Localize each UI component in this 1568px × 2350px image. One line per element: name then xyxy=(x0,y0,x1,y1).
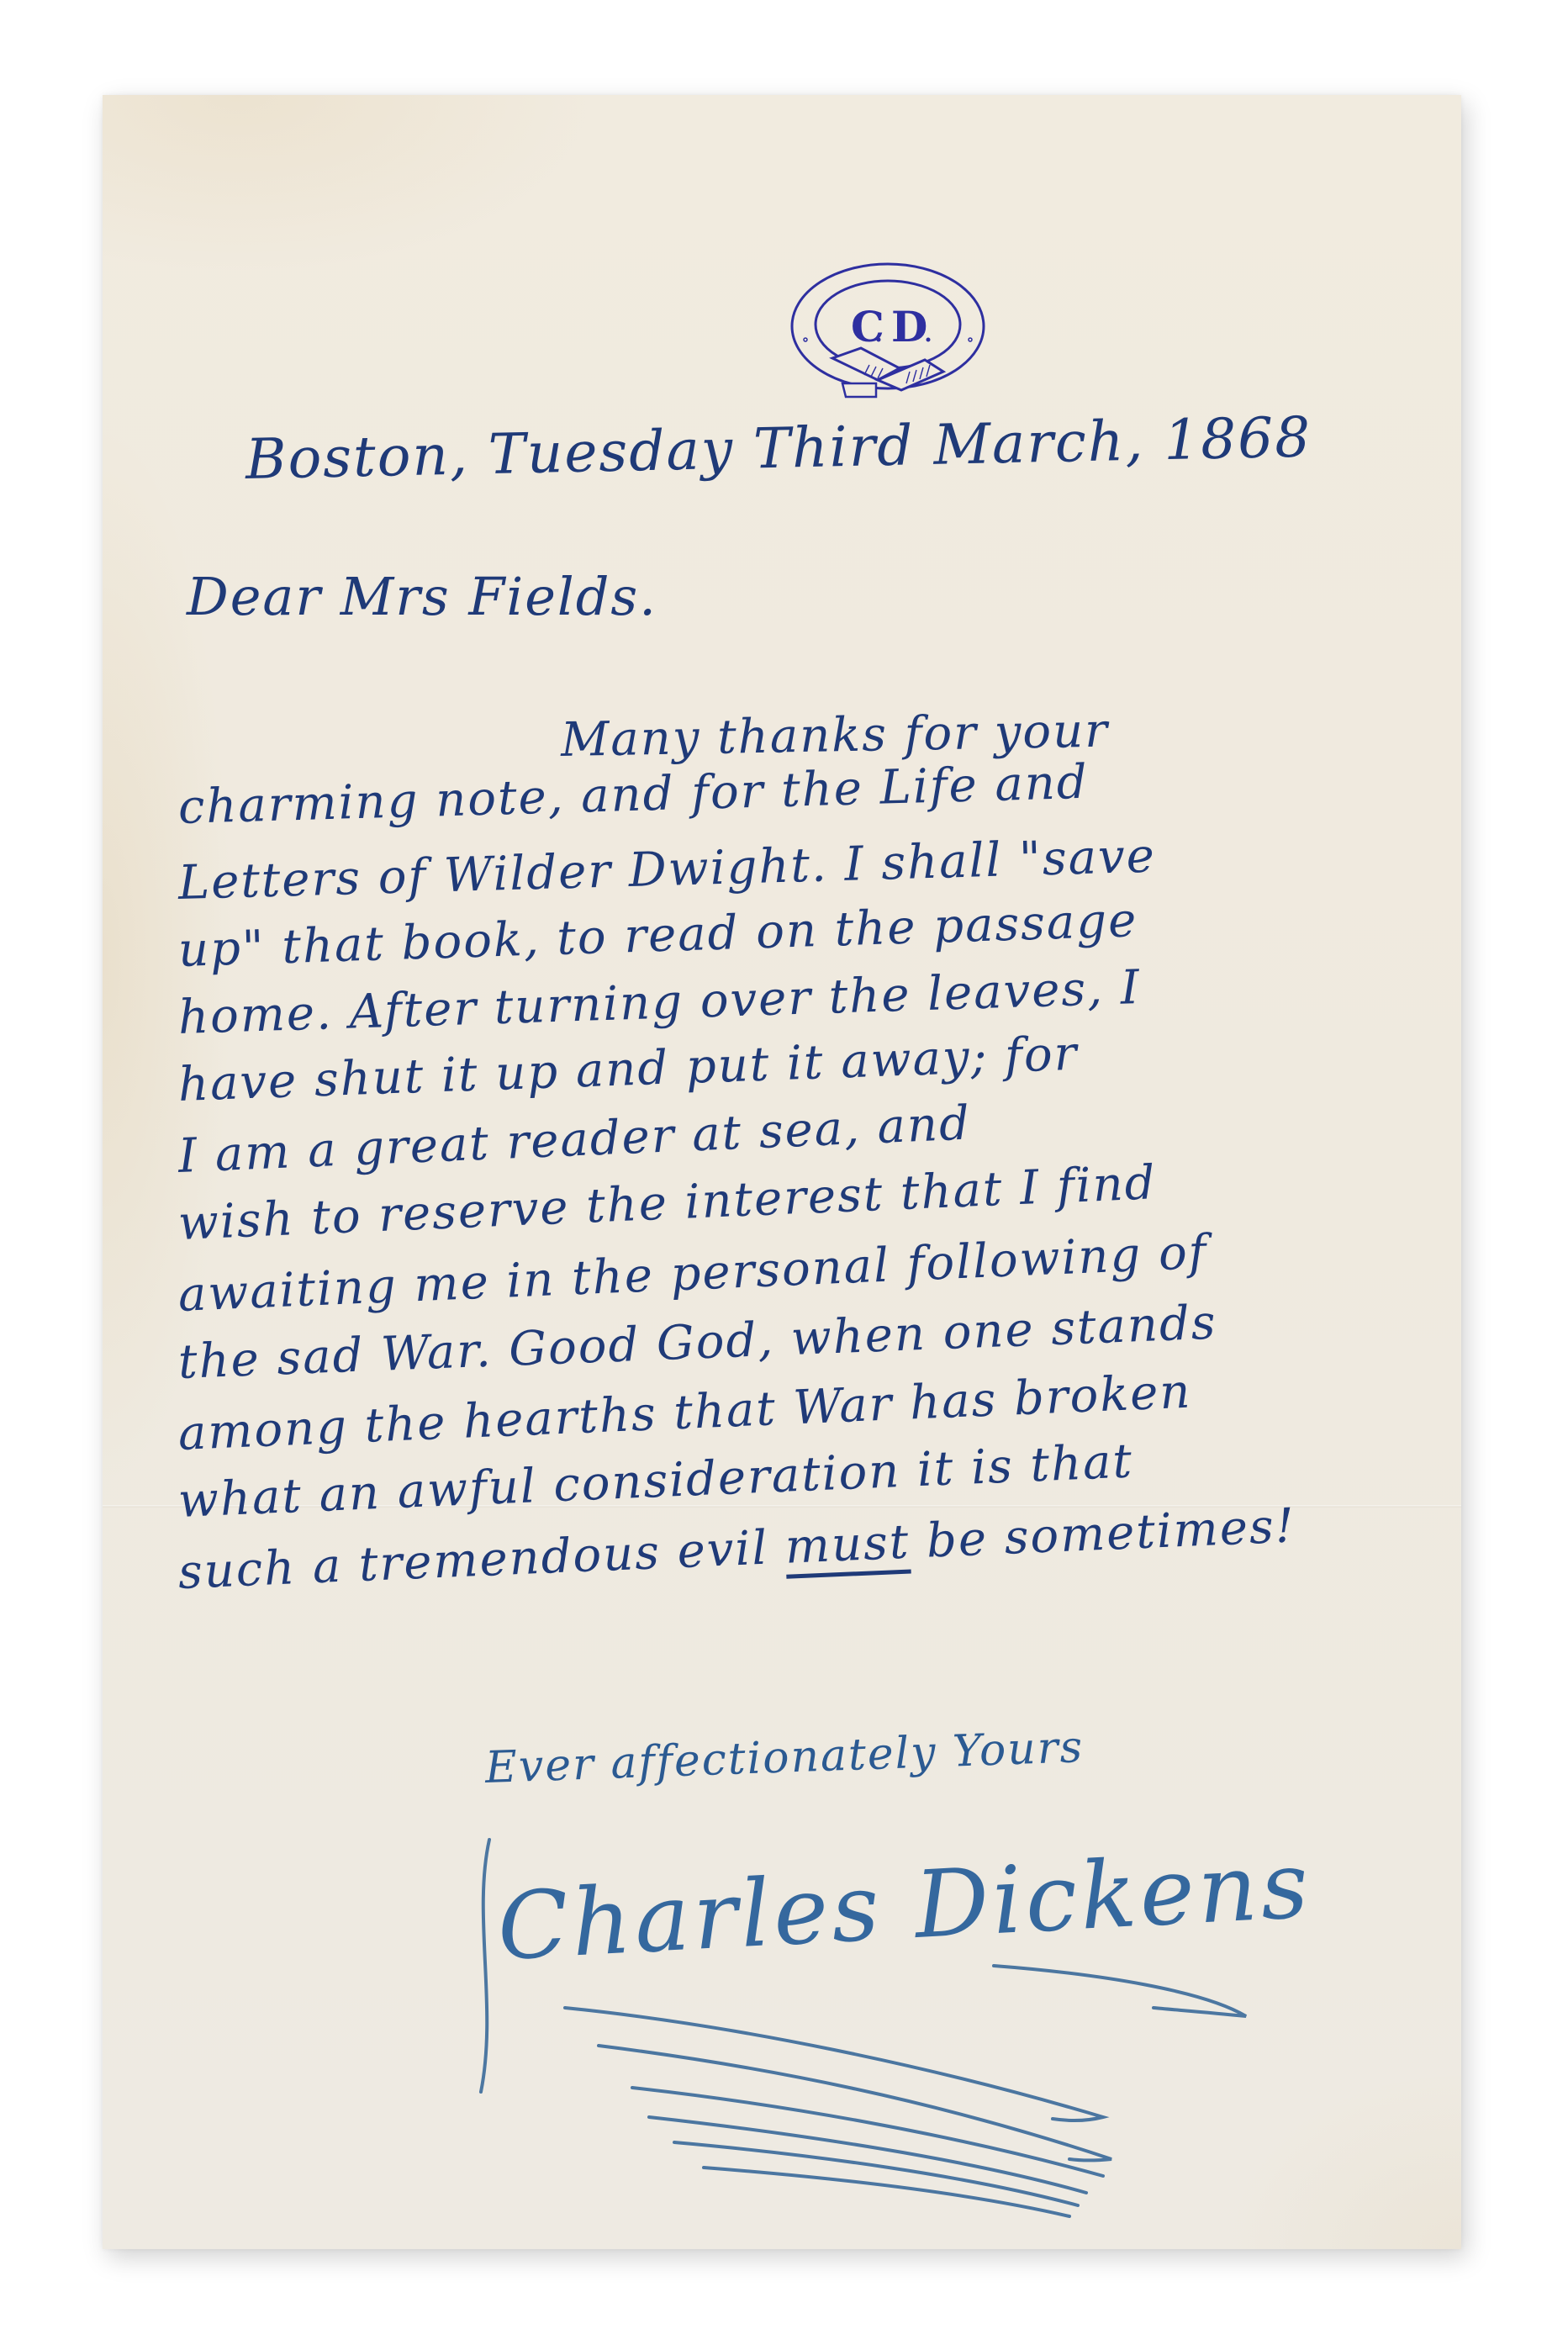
body-line-tail: be sometimes! xyxy=(926,1498,1297,1568)
letter-salutation: Dear Mrs Fields. xyxy=(187,566,657,627)
letter-dateline: Boston, Tuesday Third March, 1868 xyxy=(245,404,1312,492)
cd-monogram-icon: C D xyxy=(784,257,995,425)
emphasized-word: must xyxy=(784,1515,911,1575)
body-line-text: such a tremendous evil xyxy=(177,1521,770,1600)
letter-sheet: C D Boston, Tuesday Third March, 1868 De… xyxy=(103,95,1461,2249)
body-line: charming note, and for the Life and xyxy=(177,755,1089,835)
svg-text:C: C xyxy=(851,302,884,351)
signature-flourish-icon xyxy=(464,1814,1305,2218)
signature: Charles Dickens xyxy=(464,1814,1305,2218)
letter-closing: Ever affectionately Yours xyxy=(484,1722,1085,1793)
svg-text:D: D xyxy=(891,302,927,351)
